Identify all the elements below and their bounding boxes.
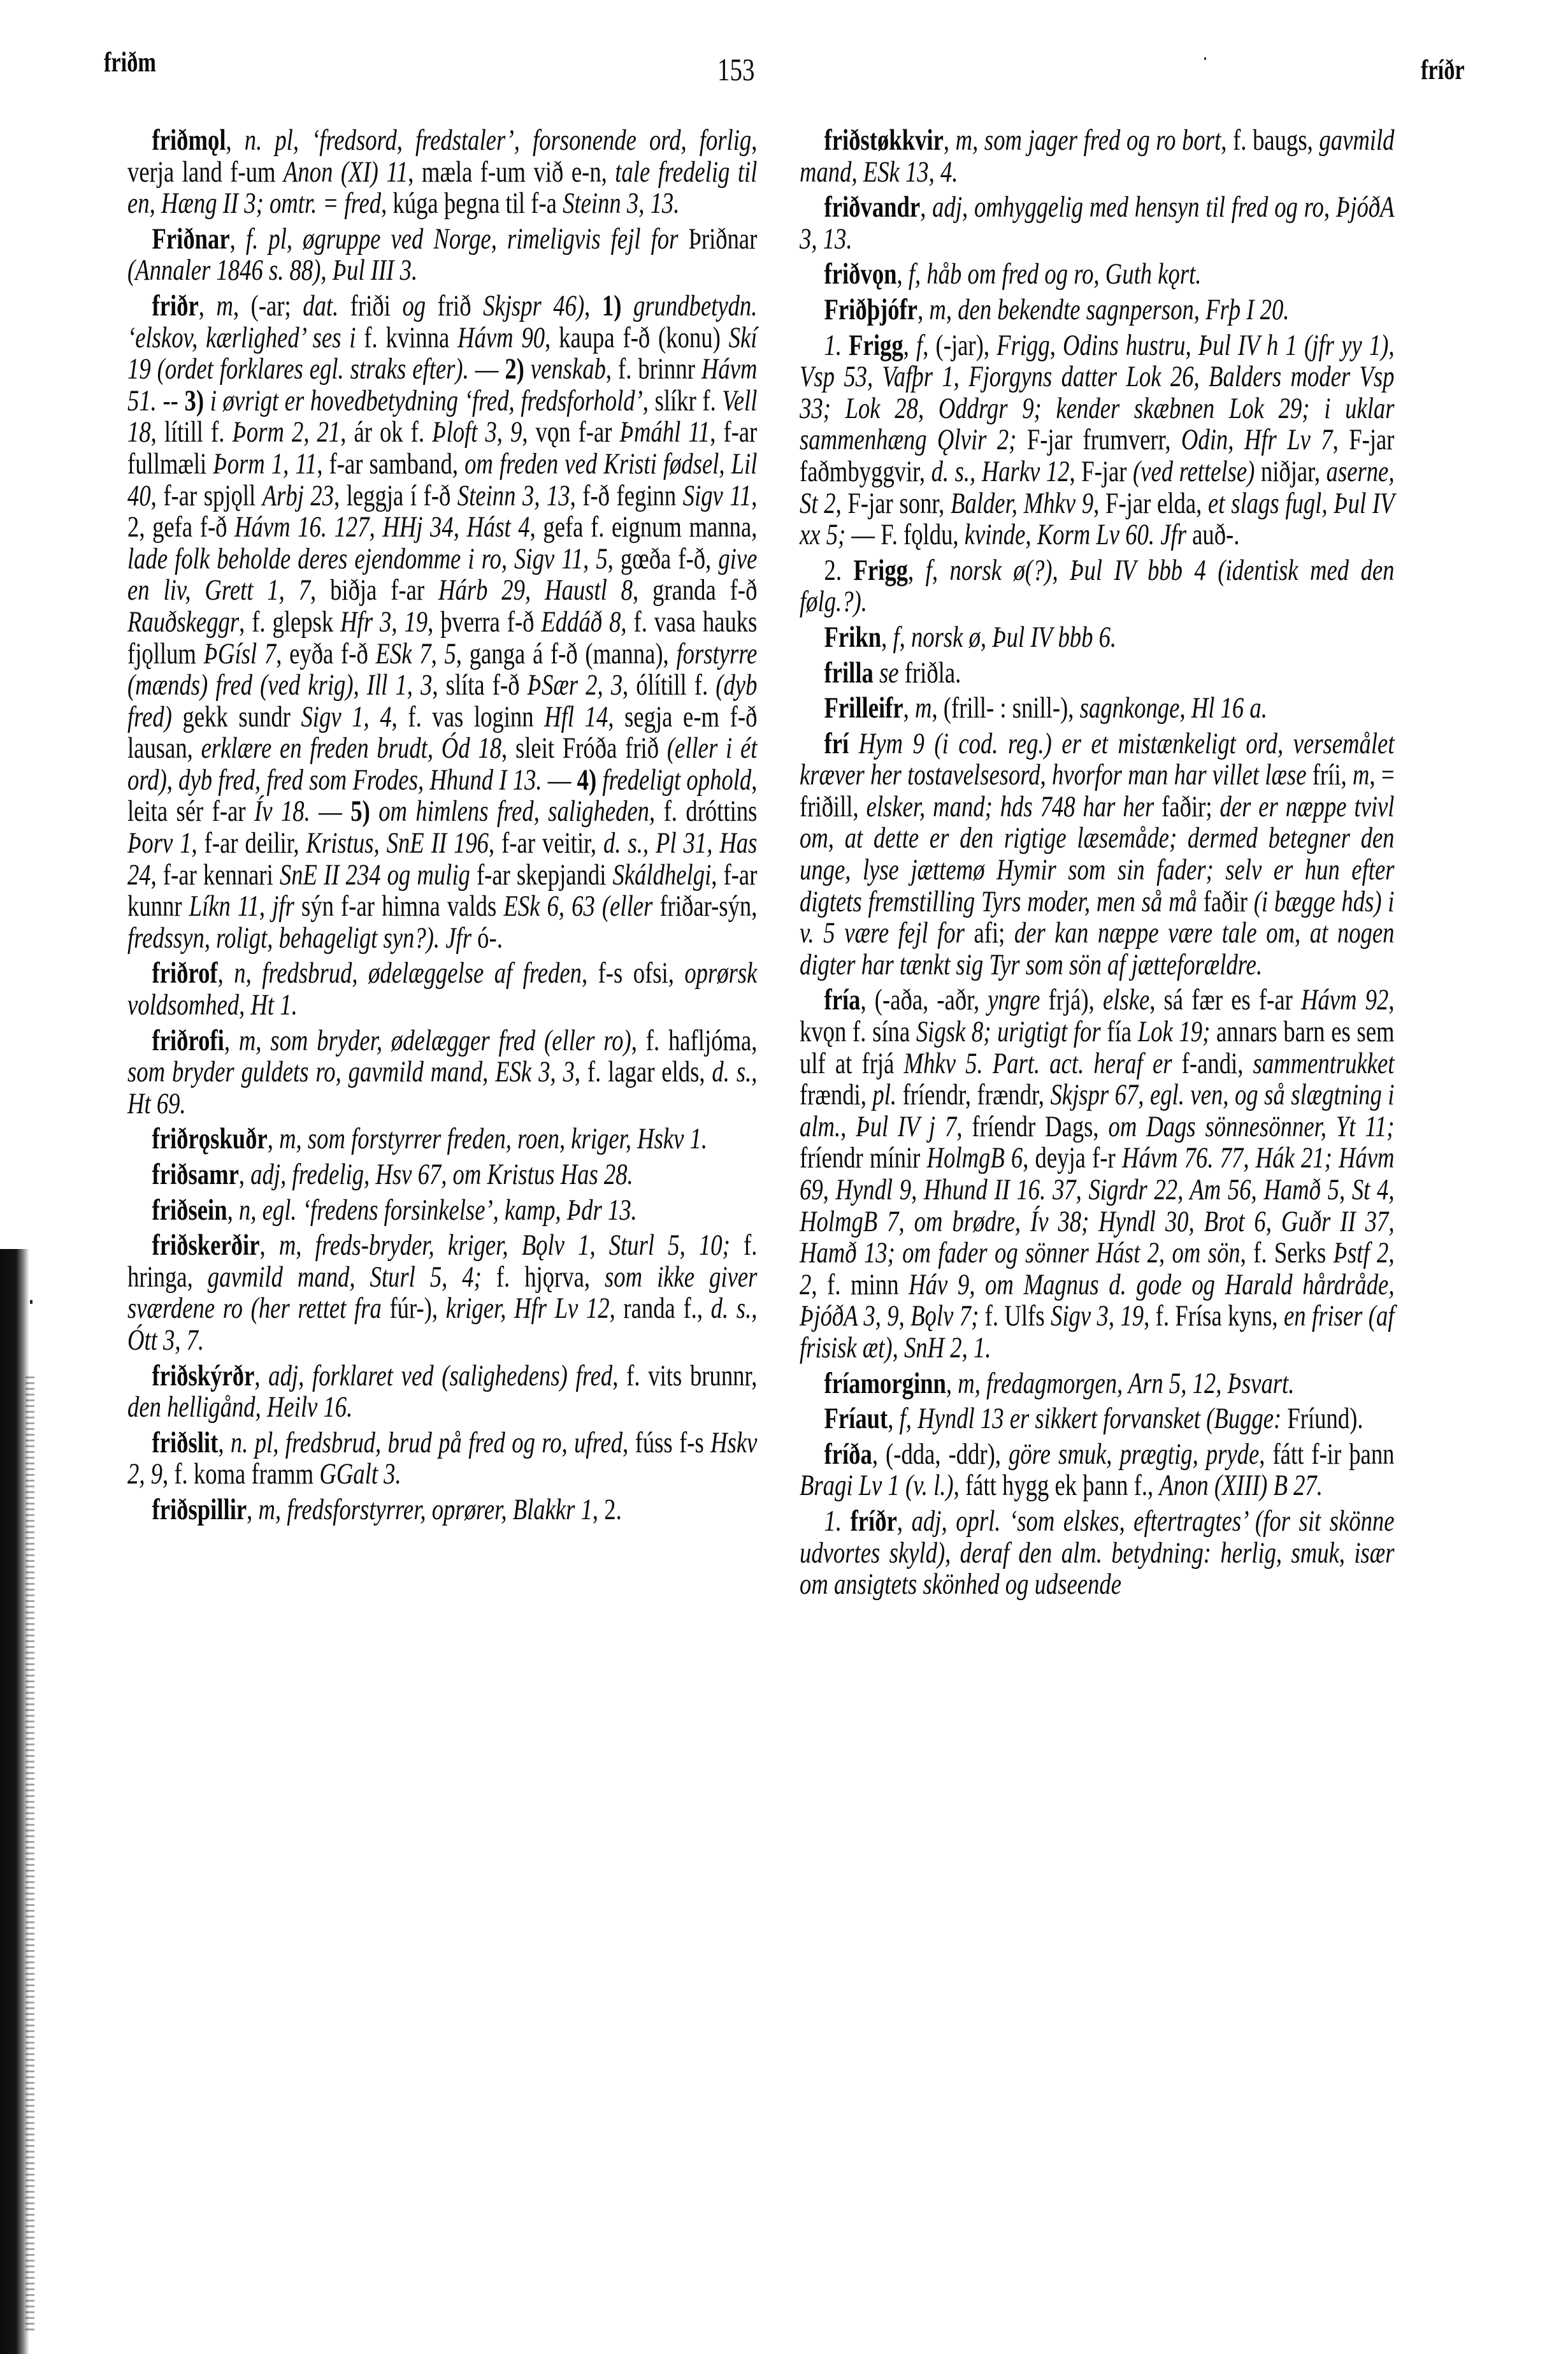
gloss-text: sagnkonge, Hl 16 a. bbox=[1080, 691, 1267, 725]
gloss-text: Hárb 29, Haustl 8 bbox=[438, 574, 633, 607]
gloss-text: 1. bbox=[824, 1505, 850, 1538]
source-text: faðir bbox=[1197, 885, 1254, 918]
gloss-text: Eddáð 8 bbox=[541, 605, 621, 639]
gloss-text: f bbox=[916, 329, 923, 362]
gloss-text: Skáldhelgi bbox=[612, 858, 711, 892]
source-text: , f. dróttins bbox=[649, 795, 757, 828]
source-text: , mæla f-um við e-n, bbox=[408, 155, 615, 189]
dictionary-entry: fríða, (-dda, -ddr), göre smuk, prægtig,… bbox=[800, 1439, 1395, 1502]
gloss-text: kriger, Hfr Lv 12 bbox=[446, 1292, 610, 1325]
dictionary-entry: fría, (-aða, -aðr, yngre frjá), elske, s… bbox=[800, 985, 1395, 1364]
gloss-text: Hfl 14 bbox=[544, 700, 608, 733]
source-text: f. kvinna bbox=[364, 321, 457, 354]
scan-speck bbox=[1204, 57, 1206, 60]
source-text: , bbox=[917, 293, 929, 326]
source-text: afi; bbox=[965, 916, 1014, 950]
source-text: , bbox=[946, 1367, 958, 1400]
source-text: niðjar, bbox=[1255, 455, 1326, 488]
gloss-text: (Annaler 1846 s. 88), Þul III 3. bbox=[127, 254, 417, 287]
source-text: , f-ð feginn bbox=[570, 479, 683, 512]
gloss-text: Kristus, SnE II 196 bbox=[306, 827, 489, 860]
gloss-text: Hávm 16. 127, HHj 34, Hást 4 bbox=[234, 510, 530, 544]
source-text: f-ar skepjandi bbox=[470, 858, 613, 892]
source-text: , fátt f-ir þann bbox=[1259, 1438, 1394, 1471]
gloss-text: kvinde, Korm Lv 60. Jfr bbox=[965, 518, 1186, 551]
dictionary-entry: Friðþjófr, m, den bekendte sagnperson, F… bbox=[800, 294, 1395, 326]
source-text: F-jar frumverr, bbox=[1016, 423, 1181, 456]
headword: friðsein bbox=[152, 1194, 227, 1227]
source-text: , f. vits brunnr, bbox=[612, 1359, 757, 1392]
source-text: fía bbox=[1101, 1015, 1138, 1048]
source-text: — bbox=[469, 352, 505, 386]
running-head-right: fríðr bbox=[1421, 54, 1465, 86]
gloss-text: m bbox=[216, 289, 233, 322]
column-right: friðstøkkvir, m, som jager fred og ro bo… bbox=[800, 125, 1395, 1605]
source-text: , f. baugs, bbox=[1221, 124, 1319, 157]
column-right-body: friðstøkkvir, m, som jager fred og ro bo… bbox=[800, 125, 1395, 1601]
gloss-text: (ved rettelse) bbox=[1133, 455, 1255, 488]
page-number: 153 bbox=[717, 51, 755, 88]
source-text: — bbox=[310, 795, 351, 828]
headword: friðvǫn bbox=[824, 257, 896, 291]
source-text: , leggja í f-ð bbox=[334, 479, 457, 512]
dictionary-entry: Frilleifr, m, (frill- : snill-), sagnkon… bbox=[800, 693, 1395, 725]
source-text: , f-ar veitir, bbox=[489, 827, 603, 860]
column-left-body: friðmǫl, n. pl, ‘fredsord, fredstaler’, … bbox=[127, 125, 757, 1526]
source-text: f. Ulfs bbox=[979, 1299, 1051, 1332]
source-text: , F-jar elda, bbox=[1093, 487, 1208, 520]
source-text: , fúss f-s bbox=[622, 1426, 710, 1459]
source-text: , bbox=[259, 1229, 278, 1262]
gloss-text: Hávm 92 bbox=[1301, 983, 1388, 1016]
dictionary-entry: friðmǫl, n. pl, ‘fredsord, fredstaler’, … bbox=[127, 125, 757, 220]
binding-shadow bbox=[0, 1249, 29, 2354]
source-text: , (-jar), bbox=[923, 329, 996, 362]
source-text: , (-aða, -aðr, bbox=[860, 983, 988, 1016]
source-text: , gœða f-ð, bbox=[608, 542, 719, 575]
column-left: friðmǫl, n. pl, ‘fredsord, fredstaler’, … bbox=[127, 125, 758, 1530]
gloss-text: Lok 19; bbox=[1138, 1015, 1211, 1048]
source-text: — F. fǫldu, bbox=[845, 518, 964, 551]
source-text: , bbox=[888, 1402, 899, 1435]
source-text: Þriðnar bbox=[688, 222, 757, 256]
source-text: , kúga þegna til f-a bbox=[381, 187, 563, 220]
source-text: , bbox=[881, 621, 893, 654]
source-text: , bbox=[897, 257, 909, 291]
headword: 5) bbox=[350, 795, 370, 828]
gloss-text: erklære en freden brudt, Ód 18 bbox=[201, 732, 501, 765]
source-text bbox=[874, 656, 879, 690]
source-text: , (-dda, -ddr), bbox=[872, 1438, 1009, 1471]
source-text: fríi, bbox=[1306, 758, 1352, 791]
headword: friðskýrðr bbox=[152, 1359, 254, 1392]
gloss-text: m bbox=[915, 691, 931, 725]
gloss-text: Þmáhl 11 bbox=[620, 415, 710, 449]
gloss-text: Steinn 3, 13 bbox=[457, 479, 570, 512]
dictionary-entry: friðstøkkvir, m, som jager fred og ro bo… bbox=[800, 125, 1395, 188]
source-text: , granda f-ð bbox=[633, 574, 757, 607]
source-text: , ár ok f. bbox=[340, 415, 432, 449]
gloss-text: elske bbox=[1103, 983, 1149, 1016]
source-text: , bbox=[239, 1158, 250, 1191]
source-text: , bbox=[920, 191, 932, 224]
gloss-text: om Dags sönnesönner, Yt 11; bbox=[1109, 1110, 1395, 1143]
dictionary-entry: friðvandr, adj, omhyggelig med hensyn ti… bbox=[800, 192, 1395, 255]
source-text: , f-s ofsi, bbox=[582, 957, 684, 990]
source-text: , biðja f-ar bbox=[310, 574, 438, 607]
source-text: -- bbox=[157, 384, 185, 417]
gloss-text: elsker, mand; hds 748 har her bbox=[867, 790, 1154, 823]
source-text: , bbox=[230, 222, 246, 256]
source-text: friðar-sýn, bbox=[659, 890, 757, 923]
headword: friðspillir bbox=[152, 1493, 247, 1526]
gloss-text: den helligånd, Heilv 16. bbox=[127, 1390, 352, 1424]
dictionary-entry: friðvǫn, f, håb om fred og ro, Guth kǫrt… bbox=[800, 259, 1395, 291]
dictionary-entry: friðr, m, (-ar; dat. friði og frið Skjsp… bbox=[127, 291, 757, 954]
dictionary-entry: friðsein, n, egl. ‘fredens forsinkelse’,… bbox=[127, 1195, 757, 1227]
gloss-text: ESk 7, 5 bbox=[376, 637, 456, 670]
source-text: , f-ar spjǫll bbox=[151, 479, 263, 512]
source-text: , F-jar sonr, bbox=[836, 487, 951, 520]
source-text: , bbox=[247, 1493, 258, 1526]
source-text: , þverra f-ð bbox=[428, 605, 541, 639]
gloss-text: m, fredagmorgen, Arn 5, 12, Þsvart. bbox=[958, 1367, 1294, 1400]
source-text: fúr-), bbox=[382, 1292, 446, 1325]
gloss-text: Steinn 3, 13. bbox=[563, 187, 679, 220]
headword: Frikn bbox=[824, 621, 881, 654]
headword: Fríaut bbox=[824, 1402, 888, 1435]
source-text: , bbox=[897, 1505, 912, 1538]
headword: Friðþjófr bbox=[824, 293, 917, 326]
gloss-text: n. pl, fredsbrud, brud på fred og ro, uf… bbox=[231, 1426, 622, 1459]
headword: friðr bbox=[152, 289, 198, 322]
source-text: , F-jar bbox=[1070, 455, 1133, 488]
gloss-text: Hym 9 (i cod. reg.) er et mistænkeligt o… bbox=[800, 727, 1395, 792]
gloss-text: ÞGísl 7 bbox=[204, 637, 277, 670]
gloss-text: m bbox=[1353, 758, 1369, 791]
gloss-text: Anon (XIII) B 27. bbox=[1159, 1469, 1323, 1502]
source-text: , gefa f. eignum manna, bbox=[530, 510, 758, 544]
gloss-text: gavmild mand, Sturl 5, 4; bbox=[208, 1260, 482, 1294]
dictionary-entry: friðspillir, m, fredsforstyrrer, oprører… bbox=[127, 1494, 757, 1526]
source-text: frændi, bbox=[800, 1078, 872, 1111]
gloss-text: f, norsk ø, Þul IV bbb 6. bbox=[893, 621, 1116, 654]
gloss-text: ÞSær 2, 3 bbox=[528, 668, 622, 702]
source-text: f. hjǫrva, bbox=[482, 1260, 605, 1294]
gloss-text: 1. bbox=[824, 329, 849, 362]
headword: Friðnar bbox=[152, 222, 229, 256]
source-text: , sleit Fróða frið bbox=[501, 732, 667, 765]
source-text: , bbox=[908, 554, 926, 587]
headword: friðskerðir bbox=[152, 1229, 259, 1262]
gloss-text: sammentrukket bbox=[1253, 1047, 1395, 1080]
source-text: , f. minn bbox=[811, 1268, 909, 1301]
dictionary-entry: friðslit, n. pl, fredsbrud, brud på fred… bbox=[127, 1427, 757, 1491]
dictionary-entry: Frikn, f, norsk ø, Þul IV bbb 6. bbox=[800, 622, 1395, 654]
source-text: , eyða f-ð bbox=[276, 637, 375, 670]
source-text: friðla. bbox=[899, 656, 961, 690]
source-text: , f. hafljóma, bbox=[631, 1024, 758, 1057]
headword: friðrǫskuðr bbox=[152, 1122, 267, 1155]
source-text: , bbox=[227, 1194, 239, 1227]
source-text: , ólítill f. bbox=[622, 668, 716, 702]
source-text: , (frill- : snill-), bbox=[931, 691, 1079, 725]
source-text: gekk sundr bbox=[172, 700, 301, 733]
gloss-text: Skjspr 46) bbox=[483, 289, 584, 322]
headword: Frilleifr bbox=[824, 691, 903, 725]
headword: Frigg bbox=[849, 329, 903, 362]
gloss-text: yngre bbox=[988, 983, 1040, 1016]
source-text: , bbox=[254, 1359, 268, 1392]
dictionary-entry: friðrǫskuðr, m, som forstyrrer freden, r… bbox=[127, 1123, 757, 1155]
source-text: , kaupa f-ð (konu) bbox=[545, 321, 728, 354]
gloss-text: n, fredsbrud, ødelæggelse af freden bbox=[234, 957, 582, 990]
gloss-text: Hfr 3, 19 bbox=[340, 605, 428, 639]
gloss-text: f. pl, øgruppe ved Norge, rimeligvis fej… bbox=[246, 222, 689, 256]
headword: 1) bbox=[602, 289, 622, 322]
source-text: fríendr mínir bbox=[800, 1141, 927, 1174]
source-text: , (-ar; bbox=[233, 289, 303, 322]
source-text: , f. glepsk bbox=[239, 605, 340, 639]
headword: fríða bbox=[824, 1438, 872, 1471]
gloss-text: adj, fredelig, Hsv 67, om Kristus Has 28… bbox=[250, 1158, 633, 1191]
gloss-text: Þorm 1, 11 bbox=[213, 447, 317, 480]
source-text: , 2. bbox=[593, 1493, 622, 1526]
gloss-text: Líkn 11, jfr bbox=[189, 890, 294, 923]
headword: friðvandr bbox=[824, 191, 920, 224]
gloss-text: m, som bryder, ødelægger fred (eller ro) bbox=[239, 1024, 631, 1057]
gloss-text: n. pl, ‘fredsord, fredstaler’, forsonend… bbox=[245, 124, 751, 157]
source-text: f-andi, bbox=[1172, 1047, 1253, 1080]
source-text: , bbox=[584, 289, 602, 322]
gloss-text: göre smuk, prægtig, pryde bbox=[1009, 1438, 1259, 1471]
source-text: sýn f-ar himna valds bbox=[294, 890, 504, 923]
source-text: auð-. bbox=[1186, 518, 1239, 551]
dictionary-entry: Fríaut, f, Hyndl 13 er sikkert forvanske… bbox=[800, 1403, 1395, 1435]
gloss-text: og bbox=[402, 289, 426, 322]
source-text: , slíkr f. bbox=[643, 384, 723, 417]
source-text: faðir; bbox=[1154, 790, 1219, 823]
gloss-text: pl. bbox=[872, 1078, 896, 1111]
gloss-text: Mhkv 5. Part. act. heraf er bbox=[904, 1047, 1172, 1080]
gloss-text: Þloft 3, 9 bbox=[432, 415, 522, 449]
source-text: , fátt hygg ek þann f., bbox=[954, 1469, 1160, 1502]
gloss-text: HolmgB 6 bbox=[927, 1141, 1023, 1174]
gloss-text: se bbox=[879, 656, 899, 690]
gloss-text: m, som forstyrrer freden, roen, kriger, … bbox=[279, 1122, 707, 1155]
gloss-text: Þorv 1 bbox=[127, 827, 192, 860]
source-text: , f-ar samband, bbox=[317, 447, 464, 480]
gloss-text: Anon (XI) 11 bbox=[284, 155, 408, 189]
headword: 4) bbox=[577, 763, 597, 797]
headword: fríðr bbox=[851, 1505, 897, 1538]
source-text: , fríendr Dags, bbox=[956, 1110, 1108, 1143]
dictionary-entry: friðskýrðr, adj, forklaret ved (salighed… bbox=[127, 1361, 757, 1424]
source-text bbox=[849, 727, 859, 760]
gloss-text: Balder, Mhkv 9 bbox=[951, 487, 1093, 520]
source-text: , slíta f-ð bbox=[432, 668, 527, 702]
dictionary-entry: Friðnar, f. pl, øgruppe ved Norge, rimel… bbox=[127, 224, 757, 287]
source-text: Fríund). bbox=[1281, 1402, 1363, 1435]
gloss-text: ESk 6, 63 (eller bbox=[503, 890, 659, 923]
headword: Frigg bbox=[853, 554, 908, 587]
gloss-text: venskab bbox=[524, 352, 606, 386]
dictionary-entry: friðrofi, m, som bryder, ødelægger fred … bbox=[127, 1025, 757, 1120]
gloss-text: Hávm 90 bbox=[457, 321, 545, 354]
dictionary-entry: fríamorginn, m, fredagmorgen, Arn 5, 12,… bbox=[800, 1368, 1395, 1400]
headword: friðmǫl bbox=[152, 124, 226, 157]
gloss-text: Sigv 1, 4 bbox=[301, 700, 391, 733]
headword: frilla bbox=[824, 656, 873, 690]
gloss-text: Þorm 2, 21 bbox=[232, 415, 340, 449]
headword: friðrof bbox=[152, 957, 217, 990]
source-text: , f. lagar elds, bbox=[575, 1055, 712, 1088]
source-text: , randa f., bbox=[610, 1292, 711, 1325]
scan-speck bbox=[30, 1300, 32, 1304]
source-text: , bbox=[268, 1122, 279, 1155]
source-text: , bbox=[224, 1024, 239, 1057]
gloss-text: fredeligt ophold bbox=[596, 763, 751, 797]
source-text: , lítill f. bbox=[151, 415, 233, 449]
source-text: frið bbox=[426, 289, 483, 322]
gloss-text: Odin, Hfr Lv 7 bbox=[1181, 423, 1333, 456]
gloss-text: Rauðskeggr bbox=[127, 605, 239, 639]
gloss-text: Arbj 23 bbox=[263, 479, 334, 512]
source-text: fríendr, frændr, bbox=[896, 1078, 1050, 1111]
gloss-text: m, den bekendte sagnperson, Frþ I 20. bbox=[929, 293, 1289, 326]
gloss-text: f, Hyndl 13 er sikkert forvansket (Bugge… bbox=[900, 1402, 1282, 1435]
source-text: , f-ar deilir, bbox=[192, 827, 306, 860]
gloss-text: Sigv 11 bbox=[683, 479, 752, 512]
headword: friðslit bbox=[152, 1426, 218, 1459]
source-text: , ganga á f-ð (manna), bbox=[456, 637, 677, 670]
source-text: , bbox=[199, 289, 217, 322]
gloss-text: fredssyn, roligt, behageligt syn?). Jfr bbox=[127, 921, 471, 955]
source-text: , f-ar kennari bbox=[151, 858, 280, 892]
gloss-text: Bragi Lv 1 (v. l.) bbox=[800, 1469, 954, 1502]
headword: friðrofi bbox=[152, 1024, 224, 1057]
headword: 3) bbox=[185, 384, 205, 417]
source-text: , deyja f-r bbox=[1023, 1141, 1122, 1174]
source-text: , vǫn f-ar bbox=[522, 415, 619, 449]
gloss-text: om himlens fred, saligheden bbox=[370, 795, 649, 828]
source-text: , f. brinnr bbox=[606, 352, 701, 386]
source-text: 2. bbox=[824, 554, 853, 587]
gloss-text: Sigv 3, 19 bbox=[1051, 1299, 1144, 1332]
gloss-text: d. s., Harkv 12 bbox=[931, 455, 1070, 488]
gloss-text: Sigsk 8; urigtigt for bbox=[916, 1015, 1101, 1048]
headword: fría bbox=[824, 983, 860, 1016]
headword: friðstøkkvir bbox=[824, 124, 943, 157]
source-text: , f. koma framm bbox=[162, 1457, 319, 1491]
headword: fríamorginn bbox=[824, 1367, 946, 1400]
headword: frí bbox=[824, 727, 849, 760]
gloss-text: dat. bbox=[303, 289, 338, 322]
gloss-text: n, egl. ‘fredens forsinkelse’, kamp, Þdr… bbox=[239, 1194, 637, 1227]
dictionary-entry: 2. Frigg, f, norsk ø(?), Þul IV bbb 4 (i… bbox=[800, 555, 1395, 618]
source-text: , bbox=[218, 957, 234, 990]
headword: friðsamr bbox=[152, 1158, 238, 1191]
source-text: , f. Frísa kyns, bbox=[1144, 1299, 1284, 1332]
headword: 2) bbox=[505, 352, 524, 386]
source-text: , f. Serks bbox=[1241, 1236, 1334, 1269]
gloss-text: Ív 18. bbox=[254, 795, 310, 828]
dictionary-entry: 1. Frigg, f, (-jar), Frigg, Odins hustru… bbox=[800, 330, 1395, 551]
gloss-text: SnE II 234 og mulig bbox=[280, 858, 470, 892]
source-text: , bbox=[226, 124, 245, 157]
gloss-text: m, freds-bryder, kriger, Bǫlv 1, Sturl 5… bbox=[279, 1229, 730, 1262]
gloss-text: m, som jager fred og ro bort bbox=[956, 124, 1221, 157]
source-text: , sá fær es f-ar bbox=[1149, 983, 1301, 1016]
source-text: ó-. bbox=[471, 921, 503, 955]
dictionary-entry: friðsamr, adj, fredelig, Hsv 67, om Kris… bbox=[127, 1159, 757, 1191]
source-text: — bbox=[542, 763, 577, 797]
source-text: , f. vas loginn bbox=[392, 700, 545, 733]
source-text: frjá), bbox=[1040, 983, 1103, 1016]
dictionary-entry: frí Hym 9 (i cod. reg.) er et mistænkeli… bbox=[800, 728, 1395, 981]
gloss-text: GGalt 3. bbox=[319, 1457, 401, 1491]
source-text: , bbox=[944, 124, 956, 157]
dictionary-entry: friðrof, n, fredsbrud, ødelæggelse af fr… bbox=[127, 958, 757, 1021]
source-text: friði bbox=[338, 289, 402, 322]
gloss-text: f, håb om fred og ro, Guth kǫrt. bbox=[909, 257, 1202, 291]
gloss-text: i øvrigt er hovedbetydning ‘fred, fredsf… bbox=[204, 384, 643, 417]
source-text: , bbox=[903, 329, 916, 362]
gloss-text: m, fredsforstyrrer, oprører, Blakkr 1 bbox=[258, 1493, 592, 1526]
gloss-text: som bryder guldets ro, gavmild mand, ESk… bbox=[127, 1055, 575, 1088]
dictionary-entry: frilla se friðla. bbox=[800, 658, 1395, 690]
source-text: , bbox=[218, 1426, 231, 1459]
dictionary-entry: 1. fríðr, adj, oprl. ‘som elskes, eftert… bbox=[800, 1506, 1395, 1601]
dictionary-entry: friðskerðir, m, freds-bryder, kriger, Bǫ… bbox=[127, 1230, 757, 1356]
gloss-text: adj, forklaret ved (salighedens) fred bbox=[268, 1359, 612, 1392]
source-text: , bbox=[903, 691, 915, 725]
running-head-left: friðm bbox=[104, 46, 156, 78]
gloss-text: lade folk beholde deres ejendomme i ro, … bbox=[127, 542, 608, 575]
